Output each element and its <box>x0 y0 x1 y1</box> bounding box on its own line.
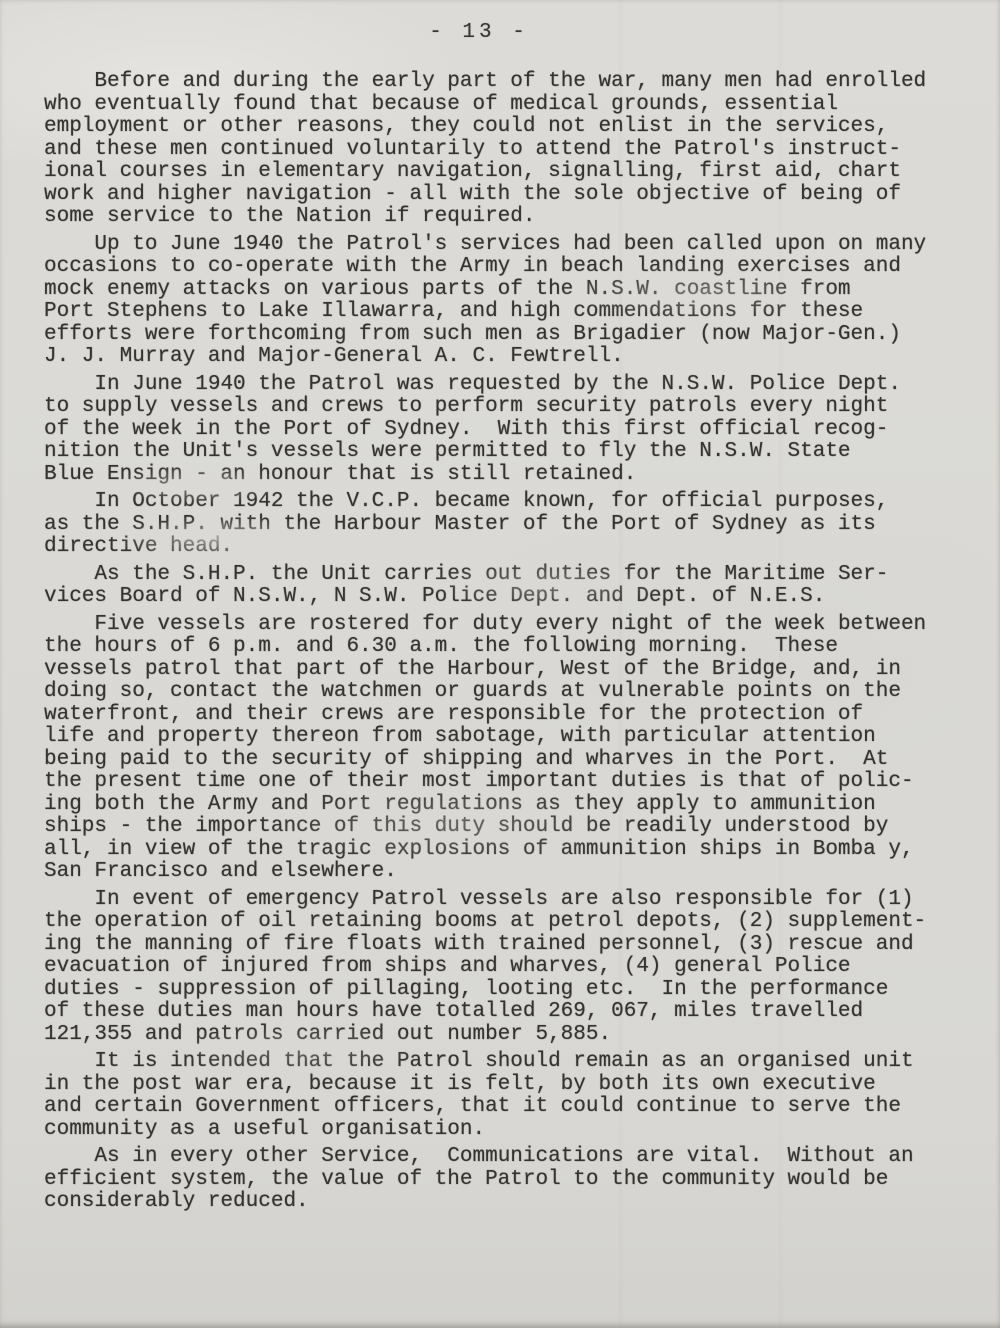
paragraph-post-war: It is intended that the Patrol should re… <box>44 1051 974 1141</box>
paragraph-shp-duties: As the S.H.P. the Unit carries out dutie… <box>44 564 974 609</box>
paragraph-army-cooperation: Up to June 1940 the Patrol's services ha… <box>44 234 974 369</box>
paragraph-enrolment: Before and during the early part of the … <box>44 71 974 229</box>
paragraph-emergency-duties: In event of emergency Patrol vessels are… <box>44 889 974 1047</box>
paragraph-vcp-renamed: In October 1942 the V.C.P. became known,… <box>44 491 974 559</box>
paragraph-rostered-vessels: Five vessels are rostered for duty every… <box>44 614 974 884</box>
document-page: - 13 - Before and during the early part … <box>0 0 1000 1328</box>
paragraph-police-request: In June 1940 the Patrol was requested by… <box>44 374 974 487</box>
page-number: - 13 - <box>44 22 914 44</box>
page-content: - 13 - Before and during the early part … <box>44 22 974 1219</box>
paragraph-communications: As in every other Service, Communication… <box>44 1146 974 1214</box>
